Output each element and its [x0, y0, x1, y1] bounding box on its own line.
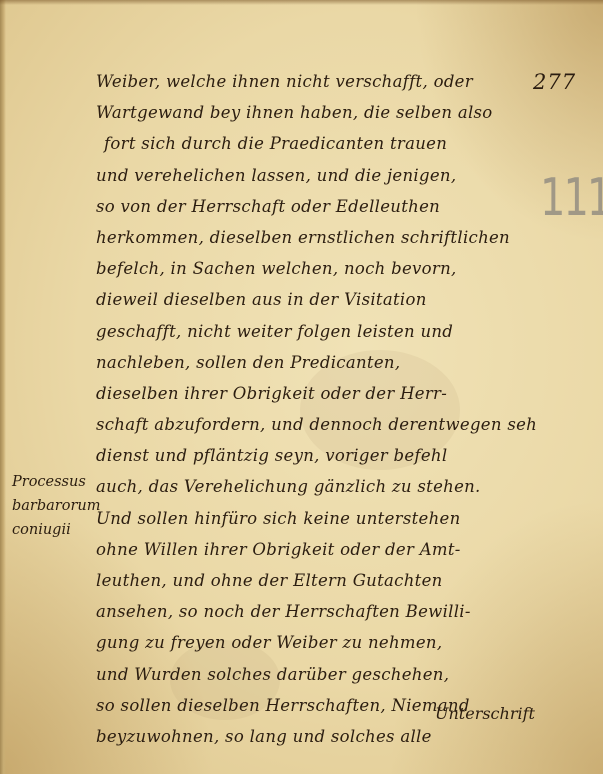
manuscript-body: Weiber, welche ihnen nicht verschafft, o…	[96, 66, 536, 752]
text-line: so von der Herrschaft oder Edelleuthen	[96, 191, 536, 222]
text-line: befelch, in Sachen welchen, noch bevorn,	[96, 253, 536, 284]
signature: Unterschrift	[435, 704, 535, 723]
text-line: ohne Willen ihrer Obrigkeit oder der Amt…	[96, 534, 536, 565]
text-line: gung zu freyen oder Weiber zu nehmen,	[96, 627, 536, 658]
binding-gutter	[0, 0, 6, 774]
text-line: beyzuwohnen, so lang und solches alle	[96, 721, 536, 752]
manuscript-page: 277 1115 Processus barbarorum coniugii W…	[0, 0, 603, 774]
text-line: Weiber, welche ihnen nicht verschafft, o…	[96, 66, 536, 97]
margin-note-line: Processus	[12, 470, 102, 494]
text-line: leuthen, und ohne der Eltern Gutachten	[96, 565, 536, 596]
margin-note-line: barbarorum	[12, 494, 102, 518]
text-line: dieweil dieselben aus in der Visitation	[96, 284, 536, 315]
text-line: geschafft, nicht weiter folgen leisten u…	[96, 316, 536, 347]
text-line: nachleben, sollen den Predicanten,	[96, 347, 536, 378]
text-line: Und sollen hinfüro sich keine unterstehe…	[96, 503, 536, 534]
text-line: und verehelichen lassen, und die jenigen…	[96, 160, 536, 191]
text-line: dieselben ihrer Obrigkeit oder der Herr-	[96, 378, 536, 409]
page-top-edge	[0, 0, 603, 5]
text-line: auch, das Verehelichung gänzlich zu steh…	[96, 471, 536, 502]
text-line: Wartgewand bey ihnen haben, die selben a…	[96, 97, 536, 128]
text-line: fort sich durch die Praedicanten trauen	[96, 128, 536, 159]
margin-note-line: coniugii	[12, 518, 102, 542]
text-line: dienst und pfläntzig seyn, voriger befeh…	[96, 440, 536, 471]
text-line: schaft abzufordern, und dennoch derentwe…	[96, 409, 536, 440]
folio-number: 277	[533, 70, 576, 94]
text-line: herkommen, dieselben ernstlichen schrift…	[96, 222, 536, 253]
text-line: ansehen, so noch der Herrschaften Bewill…	[96, 596, 536, 627]
archival-pencil-mark: 1115	[540, 168, 603, 228]
margin-note: Processus barbarorum coniugii	[12, 470, 102, 542]
text-line: und Wurden solches darüber geschehen,	[96, 659, 536, 690]
